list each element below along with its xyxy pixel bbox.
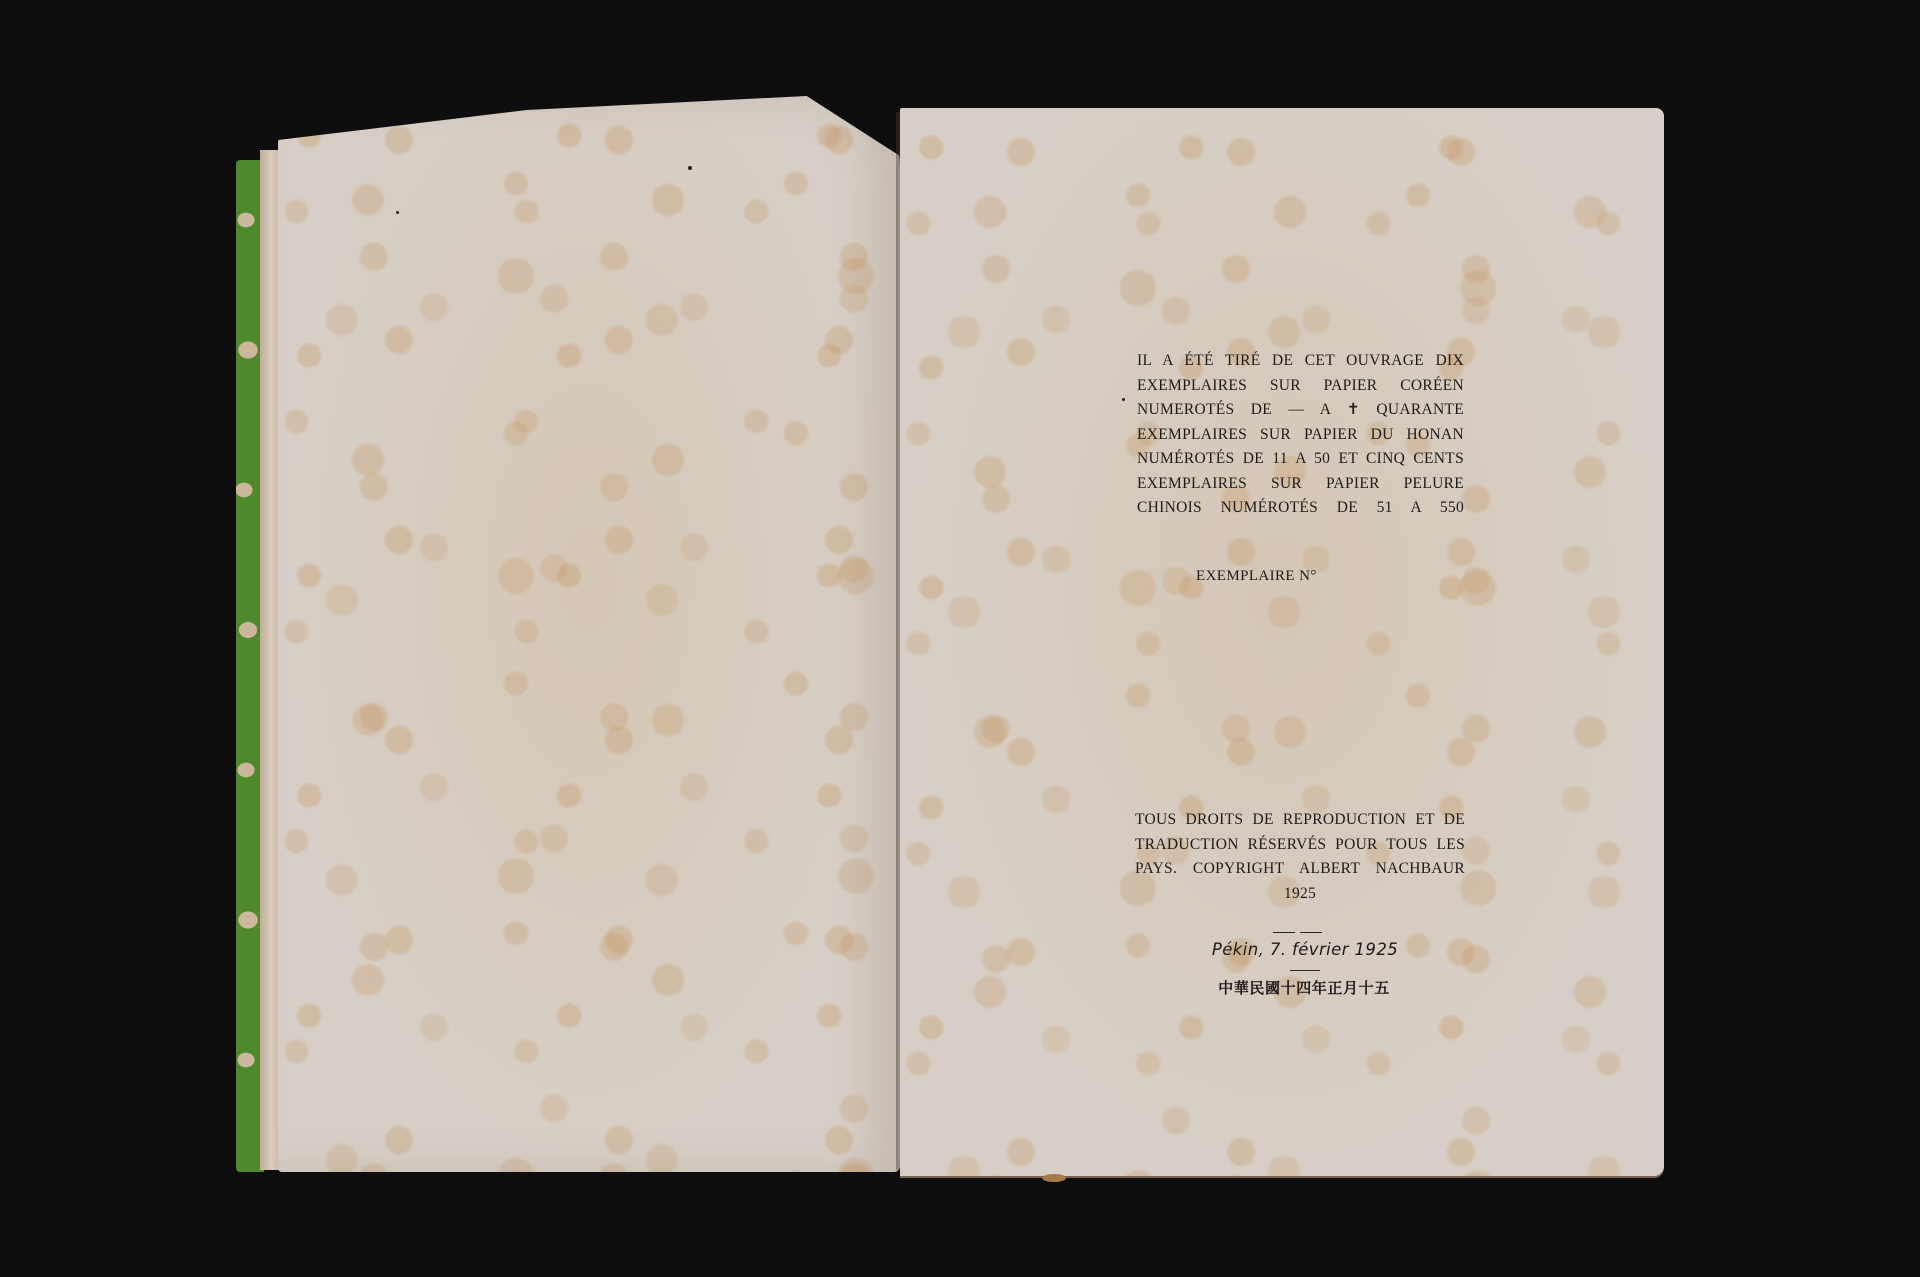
rights-line: PAYS. COPYRIGHT ALBERT NACHBAUR — [1135, 857, 1465, 882]
edition-line: EXEMPLAIRES SUR PAPIER DU HONAN — [1137, 423, 1464, 448]
right-page-justification: IL A ÉTÉ TIRÉ DE CET OUVRAGE DIX EXEMPLA… — [900, 108, 1664, 1176]
edition-line: IL A ÉTÉ TIRÉ DE CET OUVRAGE DIX — [1137, 349, 1464, 374]
ink-speck — [688, 166, 692, 170]
chinese-calendar-date: 中華民國十四年正月十五 — [1214, 977, 1394, 998]
place-date: Pékin, 7. février 1925 — [1203, 940, 1407, 959]
edition-line: NUMÉROTÉS DE 11 A 50 ET CINQ CENTS — [1137, 447, 1464, 472]
edition-line: EXEMPLAIRES SUR PAPIER CORÉEN — [1137, 374, 1464, 399]
copyright-year: 1925 — [1135, 882, 1465, 907]
edition-notice: IL A ÉTÉ TIRÉ DE CET OUVRAGE DIX EXEMPLA… — [1137, 349, 1464, 521]
torn-edge — [1042, 1174, 1066, 1182]
edition-line: NUMEROTÉS DE — A ✝ QUARANTE — [1137, 398, 1464, 423]
ink-speck — [1122, 398, 1125, 401]
rights-line: TOUS DROITS DE REPRODUCTION ET DE — [1135, 808, 1465, 833]
photo-scene: IL A ÉTÉ TIRÉ DE CET OUVRAGE DIX EXEMPLA… — [0, 0, 1920, 1277]
divider-rule — [1273, 932, 1295, 933]
copyright-notice: TOUS DROITS DE REPRODUCTION ET DE TRADUC… — [1135, 808, 1465, 906]
divider-rule — [1300, 932, 1322, 933]
rights-line: TRADUCTION RÉSERVÉS POUR TOUS LES — [1135, 833, 1465, 858]
left-page-blank — [278, 96, 900, 1172]
divider-rule — [1290, 970, 1320, 971]
edition-line: CHINOIS NUMÉROTÉS DE 51 A 550 — [1137, 496, 1464, 521]
ink-speck — [396, 211, 399, 214]
exemplaire-number-label: EXEMPLAIRE N° — [1196, 564, 1317, 589]
edition-line: EXEMPLAIRES SUR PAPIER PELURE — [1137, 472, 1464, 497]
